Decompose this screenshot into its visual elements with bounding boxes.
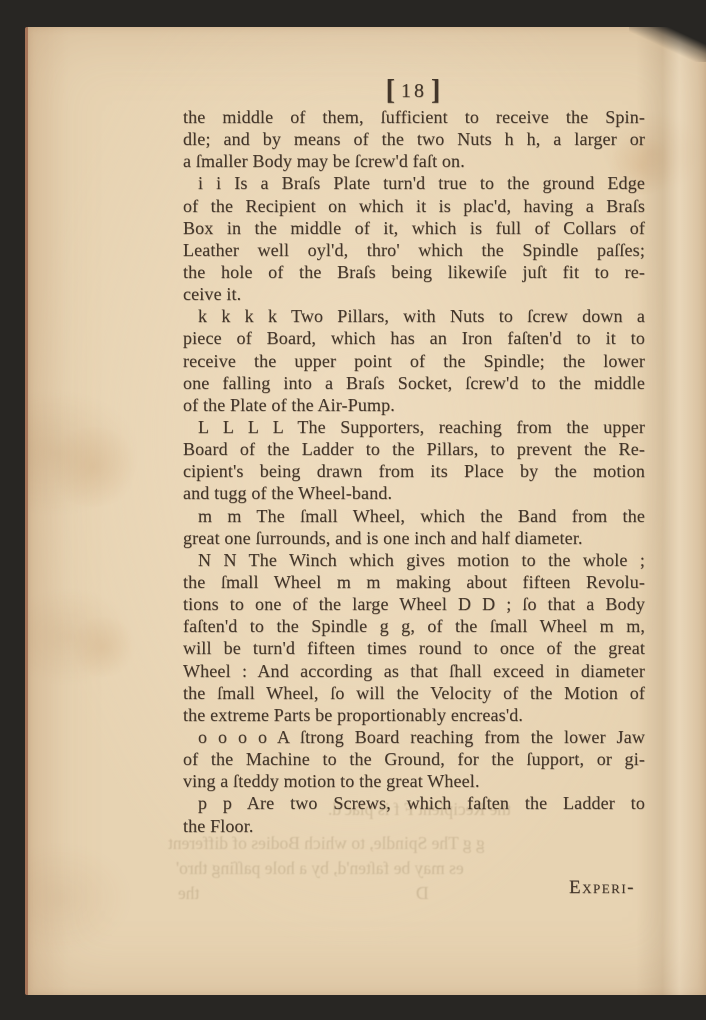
scan-background: the Recipient F f is plac'd.g g The Spin…	[0, 0, 706, 1020]
text-line: Box in the middle of it, which is full o…	[183, 217, 645, 239]
bracket-close: ]	[431, 75, 442, 106]
text-line: the middle of them, ſufficient to receiv…	[183, 106, 645, 128]
paragraph: k k k k Two Pillars, with Nuts to ſcrew …	[183, 305, 645, 416]
paragraph: the middle of them, ſufficient to receiv…	[183, 106, 645, 172]
text-line: ving a ſteddy motion to the great Wheel.	[183, 770, 645, 792]
page-number-header: [ 18 ]	[183, 75, 645, 105]
page-content: [ 18 ] the middle of them, ſufficient to…	[183, 75, 645, 837]
text-line: the Floor.	[183, 815, 645, 837]
text-line: tions to one of the large Wheel D D ; ſo…	[183, 593, 645, 615]
text-line: the hole of the Braſs being likewiſe juſ…	[183, 261, 645, 283]
text-line: k k k k Two Pillars, with Nuts to ſcrew …	[183, 305, 645, 327]
text-line: the extreme Parts be proportionably encr…	[183, 704, 645, 726]
paragraph: m m The ſmall Wheel, which the Band from…	[183, 505, 645, 549]
text-line: receive the upper point of the Spindle; …	[183, 350, 645, 372]
text-line: the ſmall Wheel m m making about fifteen…	[183, 571, 645, 593]
catchword: Experi-	[569, 877, 635, 898]
text-line: N N The Winch which gives motion to the …	[183, 549, 645, 571]
text-line: dle; and by means of the two Nuts h h, a…	[183, 128, 645, 150]
text-line: Board of the Ladder to the Pillars, to p…	[183, 438, 645, 460]
text-line: m m The ſmall Wheel, which the Band from…	[183, 505, 645, 527]
book-page: the Recipient F f is plac'd.g g The Spin…	[25, 27, 706, 995]
paragraph: N N The Winch which gives motion to the …	[183, 549, 645, 726]
paragraph: i i Is a Braſs Plate turn'd true to the …	[183, 172, 645, 305]
catchword-row: Experi-	[183, 877, 645, 899]
paragraph: o o o o A ſtrong Board reaching from the…	[183, 726, 645, 792]
text-line: will be turn'd fifteen times round to on…	[183, 637, 645, 659]
paper-stain	[68, 617, 138, 677]
text-line: of the Machine to the Ground, for the ſu…	[183, 748, 645, 770]
ghost-text-line: es may be faſten'd, by a hole paſſing th…	[176, 858, 464, 879]
paragraph: L L L L The Supporters, reaching from th…	[183, 416, 645, 505]
text-line: great one ſurrounds, and is one inch and…	[183, 527, 645, 549]
text-line: p p Are two Screws, which faſten the Lad…	[183, 792, 645, 814]
text-line: i i Is a Braſs Plate turn'd true to the …	[183, 172, 645, 194]
text-block: the middle of them, ſufficient to receiv…	[183, 106, 645, 837]
text-line: one falling into a Braſs Socket, ſcrew'd…	[183, 372, 645, 394]
scan-viewport: { "header": { "bracket_open": "[", "page…	[0, 0, 706, 1020]
text-line: cipient's being drawn from its Place by …	[183, 460, 645, 482]
paper-stain	[46, 427, 141, 507]
text-line: L L L L The Supporters, reaching from th…	[183, 416, 645, 438]
gutter-fold-shadow	[636, 27, 706, 995]
text-line: and tugg of the Wheel-band.	[183, 482, 645, 504]
paragraph: p p Are two Screws, which faſten the Lad…	[183, 792, 645, 836]
text-line: the ſmall Wheel, ſo will the Velocity of…	[183, 682, 645, 704]
text-line: piece of Board, which has an Iron faſten…	[183, 327, 645, 349]
page-number: 18	[401, 80, 427, 102]
text-line: ceive it.	[183, 283, 645, 305]
text-line: a ſmaller Body may be ſcrew'd faſt on.	[183, 150, 645, 172]
text-line: of the Plate of the Air-Pump.	[183, 394, 645, 416]
text-line: Leather well oyl'd, thro' which the Spin…	[183, 239, 645, 261]
text-line: Wheel : And according as that ſhall exce…	[183, 660, 645, 682]
page-corner-shadow	[629, 26, 706, 62]
text-line: of the Recipient on which it is plac'd, …	[183, 195, 645, 217]
text-line: faſten'd to the Spindle g g, of the ſmal…	[183, 615, 645, 637]
text-line: o o o o A ſtrong Board reaching from the…	[183, 726, 645, 748]
bracket-open: [	[386, 75, 397, 106]
